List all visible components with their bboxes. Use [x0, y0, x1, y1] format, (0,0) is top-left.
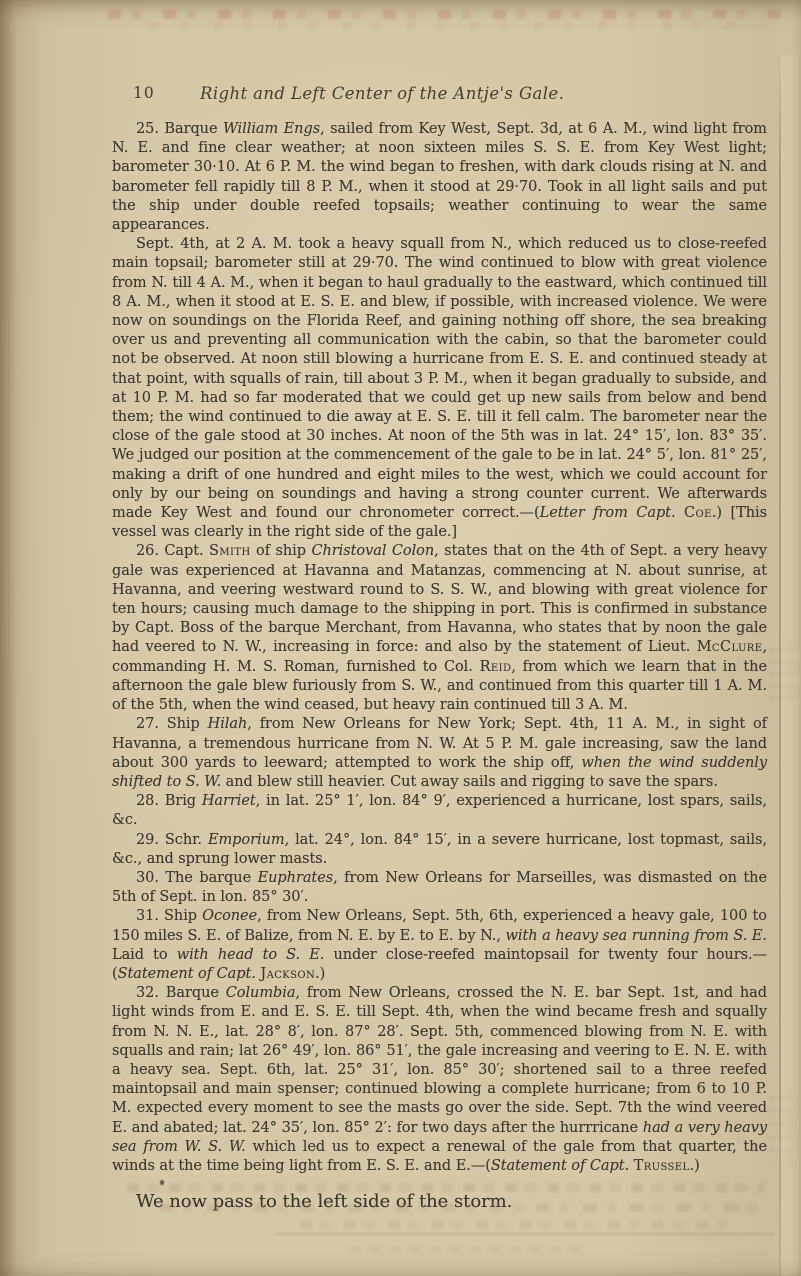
entry-26: 26. Capt. Smith of ship Christoval Colon… — [112, 542, 767, 715]
reverse-page-bleedthrough-margin — [768, 1095, 794, 1165]
text-segment: Jackson — [260, 966, 315, 982]
entry-32: 32. Barque Columbia, from New Orleans, c… — [112, 984, 767, 1176]
entry-25-continued: Sept. 4th, at 2 A. M. took a heavy squal… — [112, 235, 767, 542]
book-page: 10 Right and Left Center of the Antje's … — [0, 0, 801, 1276]
reverse-page-bleedthrough-rule — [275, 1233, 775, 1235]
page-header: 10 Right and Left Center of the Antje's … — [112, 84, 772, 110]
stamp-bleedthrough-top-2 — [150, 22, 750, 29]
text-segment: 31. Ship — [136, 908, 202, 924]
page-number: 10 — [133, 84, 155, 102]
text-segment: .) — [315, 966, 325, 982]
entry-27: 27. Ship Hilah, from New Orleans for New… — [112, 715, 767, 792]
text-segment: Euphrates — [258, 870, 334, 886]
text-segment: of ship — [251, 543, 312, 559]
text-segment: Columbia — [226, 985, 296, 1001]
page-edge-highlight — [781, 55, 799, 1276]
reverse-page-bleedthrough-line — [350, 1246, 585, 1252]
reverse-page-bleedthrough-margin — [768, 640, 794, 700]
text-segment: 32. Barque — [136, 985, 226, 1001]
text-segment: 30. The barque — [136, 870, 258, 886]
entry-28: 28. Brig Harriet, in lat. 25° 1′, lon. 8… — [112, 792, 767, 830]
stamp-bleedthrough-top — [108, 10, 784, 19]
entry-31: 31. Ship Oconee, from New Orleans, Sept.… — [112, 907, 767, 984]
page-edge-crease — [779, 55, 781, 1276]
text-segment: Statement of Capt. — [491, 1158, 629, 1174]
entry-25: 25. Barque William Engs, sailed from Key… — [112, 120, 767, 235]
text-segment: , sailed from Key West, Sept. 3d, at 6 A… — [112, 121, 767, 233]
text-segment: Coe — [684, 505, 712, 521]
text-segment: Christoval Colon — [311, 543, 434, 559]
text-segment: Statement of Capt. — [118, 966, 256, 982]
entry-30: 30. The barque Euphrates, from New Orlea… — [112, 869, 767, 907]
text-segment: McClure — [697, 639, 763, 655]
text-segment: Reid — [480, 659, 512, 675]
running-title: Right and Left Center of the Antje's Gal… — [200, 84, 564, 103]
closing-line: We now pass to the left side of the stor… — [112, 1176, 767, 1214]
text-segment: .) — [690, 1158, 700, 1174]
reverse-page-bleedthrough-line — [300, 1221, 740, 1229]
ink-speck — [160, 1180, 164, 1185]
text-segment: with a heavy sea running from S. E. — [506, 928, 767, 944]
text-segment: and blew still heavier. Cut away sails a… — [221, 774, 718, 790]
text-segment: Hilah — [208, 716, 248, 732]
text-segment: 26. Capt. — [136, 543, 209, 559]
text-segment: William Engs — [223, 121, 320, 137]
entry-29: 29. Schr. Emporium, lat. 24°, lon. 84° 1… — [112, 831, 767, 869]
text-segment: Letter from Capt. — [540, 505, 676, 521]
text-segment: 25. Barque — [136, 121, 223, 137]
text-segment: Harriet — [202, 793, 256, 809]
text-segment: Oconee — [202, 908, 257, 924]
text-segment: 28. Brig — [136, 793, 202, 809]
page-body: 25. Barque William Engs, sailed from Key… — [112, 120, 767, 1214]
text-segment: Laid to — [112, 947, 177, 963]
text-segment: 27. Ship — [136, 716, 208, 732]
text-segment: , states that on the 4th of Sept. a very… — [112, 543, 767, 655]
text-segment: , from New Orleans, crossed the N. E. ba… — [112, 985, 767, 1135]
text-segment: Sept. 4th, at 2 A. M. took a heavy squal… — [112, 236, 767, 521]
text-segment: Emporium — [208, 832, 285, 848]
text-segment: with head to S. E. — [177, 947, 325, 963]
text-segment: Smith — [209, 543, 251, 559]
text-segment: Trussel — [634, 1158, 690, 1174]
text-segment: 29. Schr. — [136, 832, 208, 848]
text-segment — [676, 505, 685, 521]
